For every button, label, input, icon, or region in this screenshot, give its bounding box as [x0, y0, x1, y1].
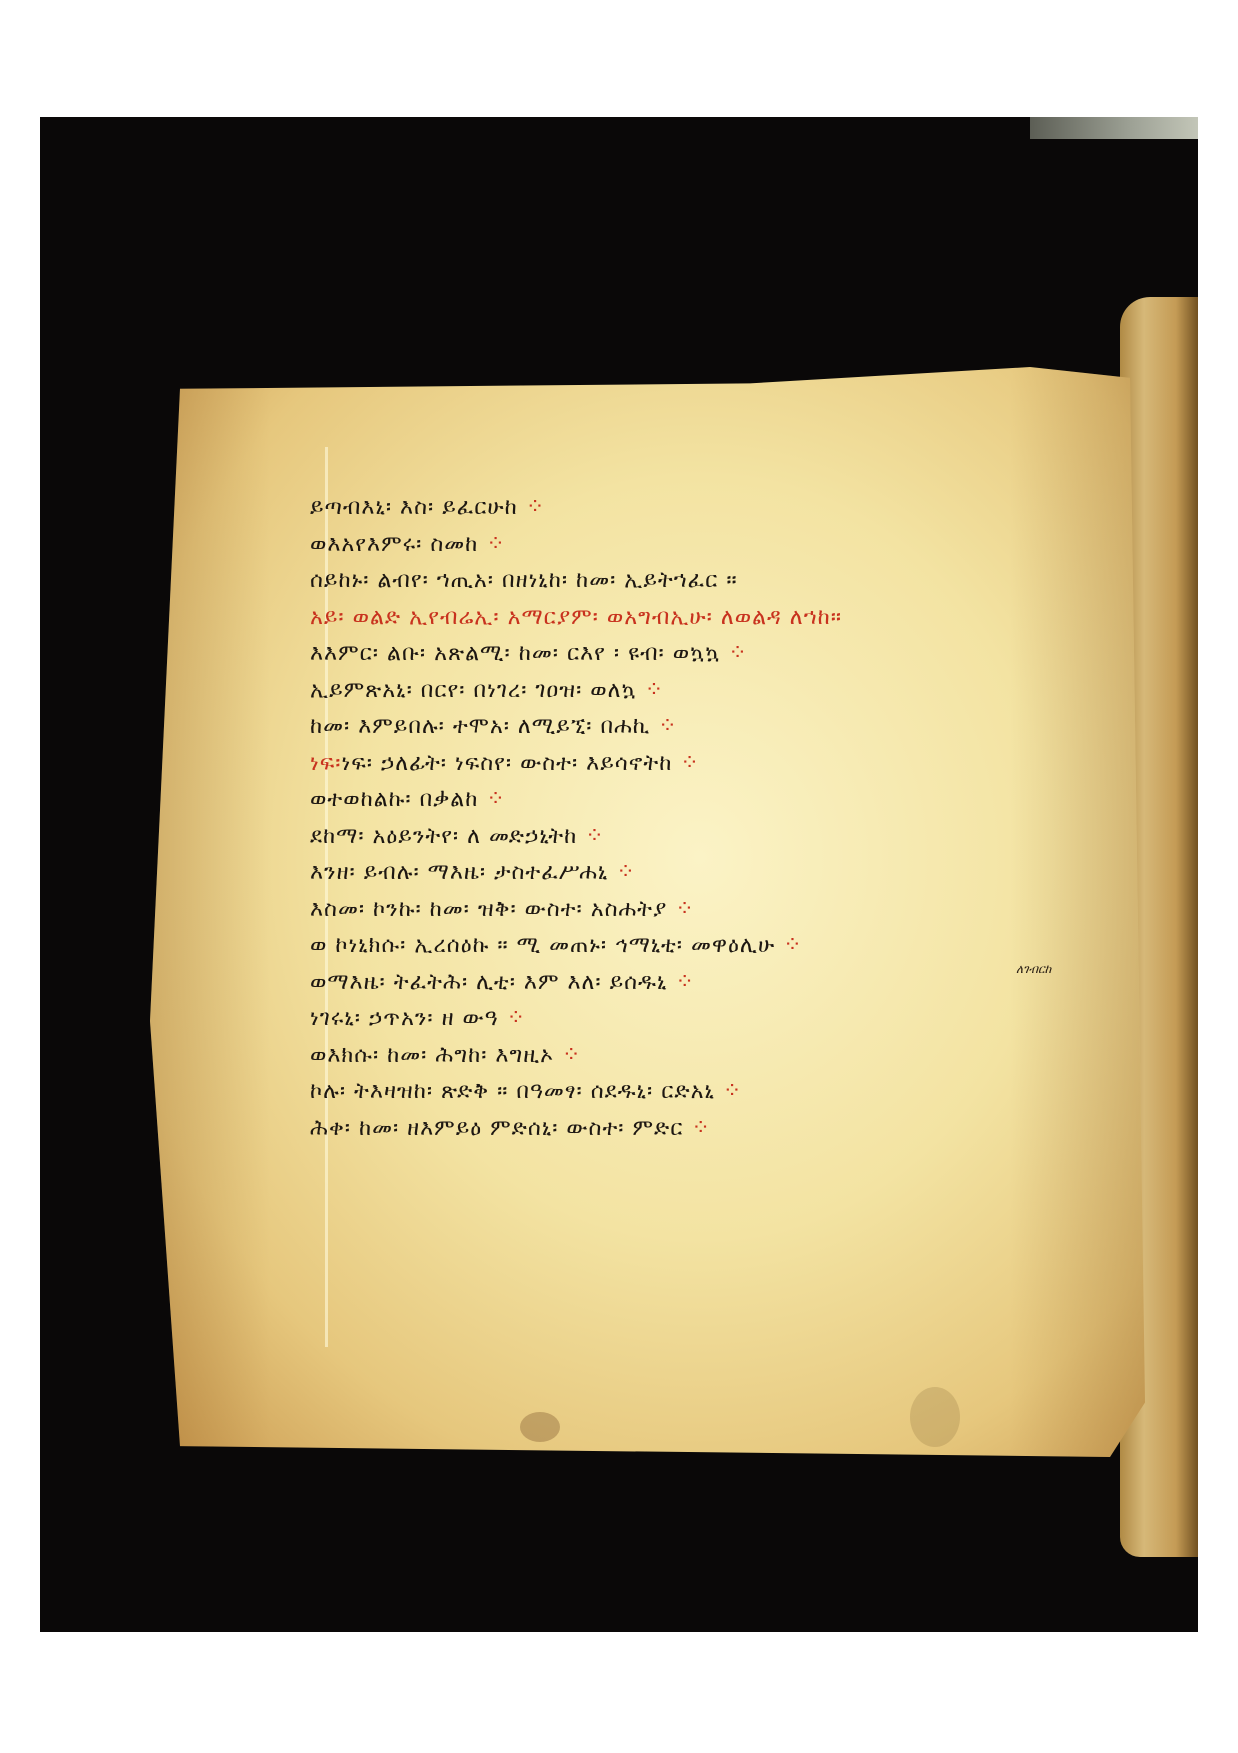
text-line: ኮሉ፡ ትእዛዝከ፡ ጽድቅ ። በዓመፃ፡ ሰደዱኒ፡ ርድአኒ ⁘: [310, 1074, 1130, 1111]
text-line: እንዘ፡ ይብሉ፡ ማእዜ፡ ታስተፈሥሐኒ ⁘: [310, 855, 1130, 892]
background-book-edge: [1030, 117, 1198, 139]
text-line: ኢይምጽአኒ፡ በርየ፡ በነገረ፡ ገዐዝ፡ ወለኳ ⁘: [310, 673, 1130, 710]
text-line: ነገሩኒ፡ ኃጥአን፡ ዘ ውዓ ⁘: [310, 1001, 1130, 1038]
text-line: እስመ፡ ኮንኩ፡ ከመ፡ ዝቅ፡ ውስተ፡ አስሐትያ ⁘: [310, 892, 1130, 929]
text-line: ወ ኮነኒክሱ፡ ኢረሰዕኩ ። ሚ መጠኑ፡ ኅማኒቲ፡ መዋዕሊሁ ⁘: [310, 928, 1130, 965]
text-line: እእምር፡ ልቡ፡ አጽልሚ፡ ከመ፡ ርእየ ፡ ዩብ፡ ወኳኳ ⁘: [310, 636, 1130, 673]
margin-note: ለገብርከ: [1016, 962, 1051, 977]
ink-stain: [520, 1412, 560, 1442]
text-line: ሰይከኑ፡ ልብየ፡ ኀጢአ፡ በዘነኒከ፡ ከመ፡ ኢይትኀፈር ።: [310, 563, 1130, 600]
manuscript-text: ይጣብእኒ፡ እስ፡ ይፈርሁከ ⁘ ወእአየእምሩ፡ ስመከ ⁘ ሰይከኑ፡ …: [310, 490, 1130, 1147]
text-line: ወእክሱ፡ ከመ፡ ሕግከ፡ እግዚኦ ⁘: [310, 1038, 1130, 1075]
text-line: ወተወከልኩ፡ በቃልከ ⁘: [310, 782, 1130, 819]
text-line: ወእአየእምሩ፡ ስመከ ⁘: [310, 527, 1130, 564]
text-line: ሕቀ፡ ከመ፡ ዘእምይዕ ምድሰኒ፡ ውስተ፡ ምድር ⁘: [310, 1111, 1130, 1148]
text-line: ነፍ፡ነፍ፡ ኃለፊት፡ ነፍስየ፡ ውስተ፡ እይሳኖትከ ⁘: [310, 746, 1130, 783]
text-line: ደከማ፡ አዕይንትየ፡ ለ መድኃኒትከ ⁘: [310, 819, 1130, 856]
text-line: ወማእዜ፡ ትፈትሕ፡ ሊቲ፡ እም እለ፡ ይሰዱኒ ⁘: [310, 965, 1130, 1002]
rubric-line: አይ፡ ወልድ ኢየብሬኢ፡ አማርያም፡ ወአግብኢሁ፡ ለወልዳ ለኀከ።: [310, 600, 1130, 637]
text-line: ከመ፡ እምይበሉ፡ ተሞአ፡ ለሚይኚ፡ በሐኪ ⁘: [310, 709, 1130, 746]
water-stain: [910, 1387, 960, 1447]
text-line: ይጣብእኒ፡ እስ፡ ይፈርሁከ ⁘: [310, 490, 1130, 527]
